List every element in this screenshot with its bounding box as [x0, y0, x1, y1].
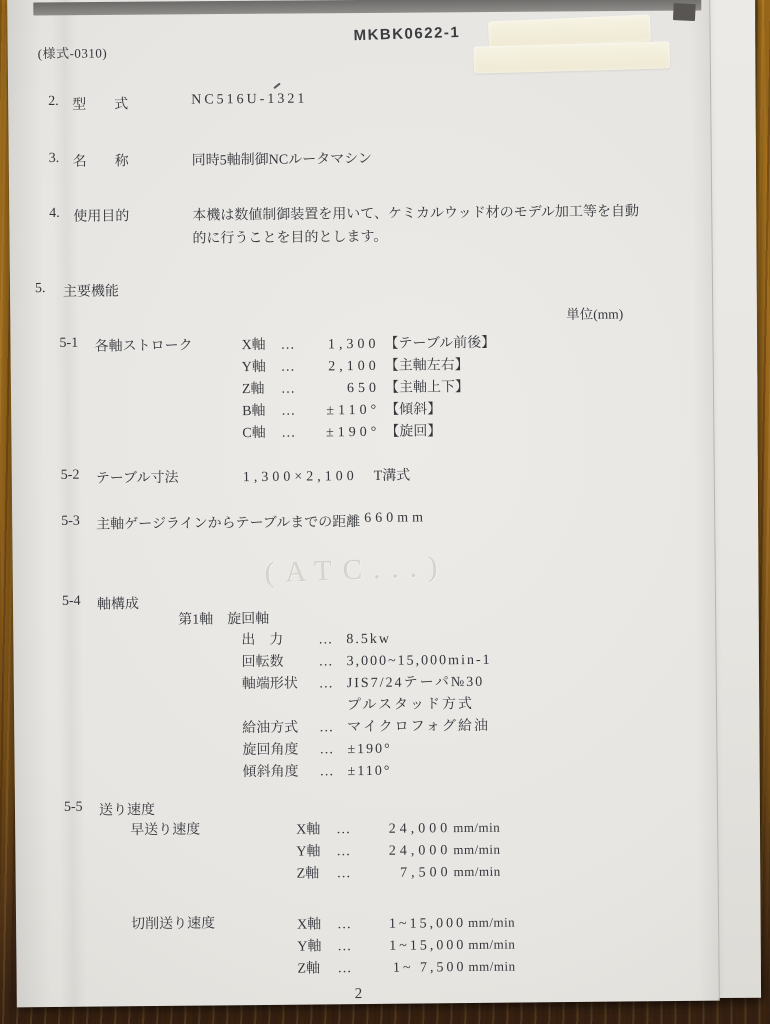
item-label-type: 型 式 — [72, 93, 128, 114]
doc-number: MKBK0622-1 — [353, 24, 460, 44]
axis-label: Y軸 — [297, 935, 337, 955]
top-shadow-strip — [33, 0, 701, 15]
spec-row: プルスタッド方式 — [242, 693, 474, 715]
leader-dots: … — [337, 961, 364, 977]
table-size-suffix: T溝式 — [374, 469, 411, 484]
leader-dots: … — [336, 844, 363, 860]
spec-key: 軸端形状 — [242, 672, 319, 693]
rapid-feed-label: 早送り速度 — [130, 819, 200, 840]
leader-dots: … — [319, 742, 347, 758]
table-size-number: 1,300×2,100 — [243, 469, 358, 485]
form-code: (様式-0310) — [38, 42, 108, 62]
axis-label: Z軸 — [296, 862, 336, 882]
distance-value: 660mm — [364, 510, 427, 527]
axis-label: Y軸 — [242, 356, 281, 376]
leader-dots: … — [281, 381, 312, 397]
item-label-purpose: 使用目的 — [73, 205, 129, 226]
leader-dots: … — [281, 425, 312, 441]
stroke-note: 【主軸左右】 — [385, 358, 469, 374]
cutting-feed-label: 切削送り速度 — [131, 912, 215, 933]
axis-label: B軸 — [242, 400, 281, 420]
leader-dots: … — [320, 764, 348, 780]
speed-unit: mm/min — [453, 820, 500, 835]
speed-unit: mm/min — [453, 842, 500, 857]
model-number-value: NC516U-1321 — [191, 92, 307, 109]
stroke-value: 650 — [312, 381, 380, 398]
speed-value: 24,000 — [363, 821, 451, 838]
speed-unit: mm/min — [468, 915, 515, 930]
stroke-value: ±110° — [312, 403, 380, 420]
spec-value: ±110° — [348, 764, 392, 779]
axis-label: Z軸 — [242, 378, 281, 398]
speed-value: 7,500 — [364, 865, 452, 882]
stroke-note: 【旋回】 — [385, 424, 441, 440]
spec-row: 出 力…8.5kw — [241, 628, 391, 649]
stroke-note: 【傾斜】 — [385, 402, 441, 418]
spec-key: 回転数 — [241, 650, 318, 671]
spec-key: 旋回角度 — [242, 738, 319, 759]
subsection-number: 5-4 — [62, 594, 81, 610]
spec-row: Z軸…7,500mm/min — [296, 861, 500, 883]
axis-label: X軸 — [296, 818, 336, 838]
axis-label: C軸 — [242, 422, 281, 442]
speed-value: 1~15,000 — [364, 916, 466, 933]
stroke-value: 1,300 — [311, 337, 379, 354]
spec-key: 出 力 — [241, 628, 318, 649]
subsection-number: 5-1 — [59, 336, 78, 352]
section-number: 5. — [35, 281, 46, 297]
subsection-label-table: テーブル寸法 — [96, 467, 179, 488]
spec-value: マイクロフォグ給油 — [347, 719, 490, 735]
axis-label: X軸 — [297, 913, 337, 933]
stroke-note: 【主軸上下】 — [385, 380, 469, 396]
subsection-label-stroke: 各軸ストローク — [94, 335, 192, 356]
leader-dots: … — [337, 866, 364, 882]
spec-row: C軸…±190°【旋回】 — [242, 420, 441, 442]
leader-dots: … — [281, 403, 312, 419]
spec-value: ±190° — [347, 742, 391, 757]
spec-row: X軸…1,300【テーブル前後】 — [241, 332, 495, 354]
spec-value: JIS7/24テーパ№30 — [347, 675, 485, 691]
strip-corner-nub — [673, 3, 696, 21]
subsection-label-distance: 主軸ゲージラインからテーブルまでの距離 — [96, 511, 360, 534]
spec-row: 給油方式…マイクロフォグ給油 — [242, 715, 490, 737]
leader-dots: … — [319, 720, 347, 736]
speed-unit: mm/min — [454, 864, 501, 879]
subsection-number: 5-2 — [61, 468, 80, 484]
spec-value: プルスタッド方式 — [347, 697, 474, 713]
machine-name-value: 同時5軸制御NCルータマシン — [192, 148, 372, 170]
item-label-name: 名 称 — [73, 150, 129, 171]
page-number: 2 — [355, 986, 363, 1003]
axis-label: Z軸 — [297, 957, 337, 977]
leader-dots: … — [319, 676, 347, 692]
spec-row: Z軸…1~ 7,500mm/min — [297, 956, 515, 978]
purpose-text: 本機は数値制御装置を用いて、ケミカルウッド材のモデル加工等を自動的に行うことを目… — [192, 200, 648, 250]
leader-dots: … — [337, 917, 364, 933]
axis-label: X軸 — [241, 334, 280, 354]
leader-dots: … — [280, 337, 311, 353]
leader-dots: … — [336, 822, 363, 838]
subsection-label-feed: 送り速度 — [99, 799, 155, 820]
document-page: (様式-0310) MKBK0622-1 2. 型 式 NC516U-1321 … — [7, 0, 720, 1007]
speed-value: 1~ 7,500 — [364, 960, 466, 977]
item-number: 4. — [49, 206, 60, 222]
spec-row: Y軸…1~15,000mm/min — [297, 934, 515, 956]
spec-key — [242, 709, 319, 710]
axis-label: Y軸 — [296, 840, 336, 860]
ghost-imprint-text: (ATC...) — [264, 545, 585, 590]
item-number: 3. — [49, 151, 60, 167]
spec-value: 8.5kw — [346, 632, 391, 647]
spec-row: X軸…1~15,000mm/min — [297, 912, 515, 934]
stroke-value: 2,100 — [312, 359, 380, 376]
speed-unit: mm/min — [468, 937, 515, 952]
spec-row: Y軸…24,000mm/min — [296, 839, 500, 861]
item-number: 2. — [48, 94, 59, 110]
spec-row: Z軸…650【主軸上下】 — [242, 376, 469, 398]
spec-row: 旋回角度…±190° — [242, 738, 391, 759]
spec-row: 軸端形状…JIS7/24テーパ№30 — [242, 671, 485, 693]
handwritten-mark — [273, 83, 281, 90]
leader-dots: … — [318, 632, 346, 648]
spec-row: 回転数…3,000~15,000min-1 — [241, 649, 491, 671]
leader-dots: … — [337, 939, 364, 955]
leader-dots: … — [318, 654, 346, 670]
spec-row: 傾斜角度…±110° — [243, 760, 392, 781]
spec-row: Y軸…2,100【主軸左右】 — [242, 354, 469, 376]
spec-row: B軸…±110°【傾斜】 — [242, 398, 441, 420]
correction-tape — [473, 41, 670, 73]
speed-value: 24,000 — [363, 843, 451, 860]
stroke-value: ±190° — [312, 425, 380, 442]
spec-key: 傾斜角度 — [243, 760, 320, 781]
spec-key: 給油方式 — [242, 716, 319, 737]
table-size-value: 1,300×2,100T溝式 — [243, 465, 411, 487]
axis-title: 第1軸 旋回軸 — [178, 608, 269, 629]
stroke-note: 【テーブル前後】 — [384, 336, 495, 352]
spec-value: 3,000~15,000min-1 — [346, 653, 491, 669]
unit-note: 単位(mm) — [566, 302, 623, 323]
leader-dots: … — [281, 359, 312, 375]
speed-value: 1~15,000 — [364, 938, 466, 955]
speed-unit: mm/min — [468, 959, 515, 974]
spec-row: X軸…24,000mm/min — [296, 817, 500, 839]
subsection-label-axisconfig: 軸構成 — [97, 593, 139, 613]
subsection-number: 5-5 — [64, 800, 83, 816]
subsection-number: 5-3 — [61, 514, 80, 530]
section-title: 主要機能 — [63, 280, 119, 301]
